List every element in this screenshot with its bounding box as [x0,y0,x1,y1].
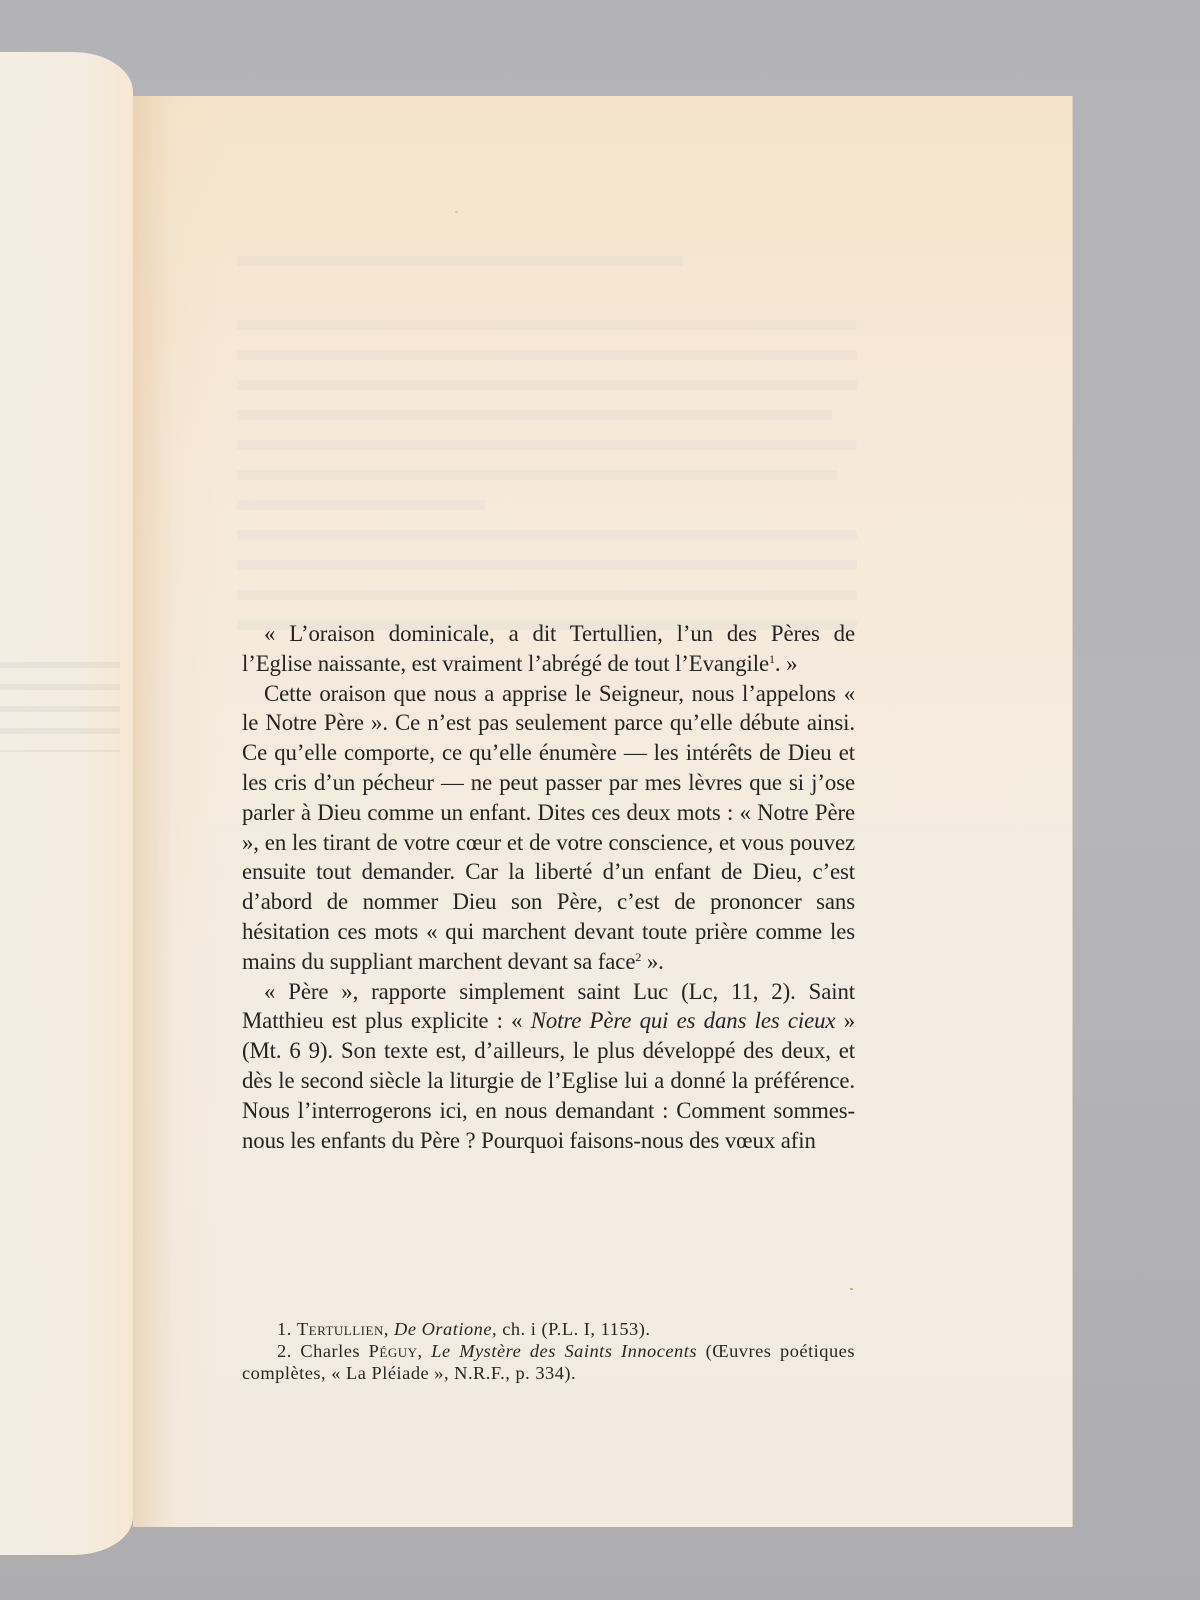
paragraph-notre-pere: Cette oraison que nous a apprise le Seig… [242,679,855,977]
footnote-title: De Oratione [394,1319,492,1339]
italic-quote: Notre Père qui es dans les cieux [531,1008,836,1033]
faint-show-through-text [0,662,120,752]
facing-page-edge [0,52,133,1555]
footnotes: 1. Tertullien, De Oratione, ch. i (P.L. … [242,1318,855,1384]
footnote-2: 2. Charles Péguy, Le Mystère des Saints … [242,1340,855,1384]
paragraph-luc-matthieu: « Père », rapporte simplement saint Luc … [242,977,855,1156]
paper-speck [850,1288,853,1290]
footnote-author: Péguy [369,1341,418,1361]
footnote-author: Tertullien [297,1319,384,1339]
paragraph-tertullien-quote: « L’oraison dominicale, a dit Tertullien… [242,619,855,679]
book-page: « L’oraison dominicale, a dit Tertullien… [133,96,1072,1527]
paper-speck [455,211,458,213]
body-text: « L’oraison dominicale, a dit Tertullien… [242,619,855,1155]
show-through-text-from-reverse [237,256,857,650]
footnote-title: Le Mystère des Saints Innocents [431,1341,697,1361]
footnote-1: 1. Tertullien, De Oratione, ch. i (P.L. … [242,1318,855,1340]
